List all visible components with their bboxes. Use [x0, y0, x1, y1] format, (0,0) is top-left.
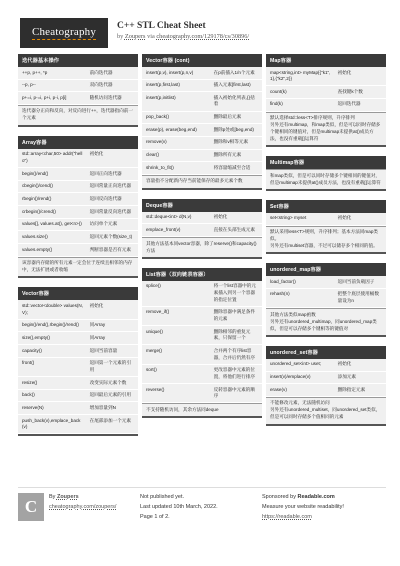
table-row: insert(p,v), insert(p,n,v)在p前插入1/n个元素	[142, 67, 262, 80]
byline-prefix: by	[117, 33, 123, 40]
page-header: Cheatography C++ STL Cheat Sheet by Zoup…	[0, 0, 400, 54]
table-row: std::deque<int> d(N,v)初始化	[142, 212, 262, 225]
desc-cell: 把整个底层使用桶数量设为n	[336, 289, 386, 307]
cheatography-c-logo: C	[18, 493, 44, 521]
code-cell: insert(p,initlist)	[142, 92, 212, 110]
code-cell: unique()	[142, 326, 212, 344]
section-title: Vector容器	[18, 287, 138, 300]
note-line: 其他方法基本同vector容器，除了reserve()和capacity()方法	[146, 241, 258, 255]
desc-cell: 前向迭代器	[88, 67, 138, 79]
table-row: insert(p,first,last)插入元素[first,last)	[142, 80, 262, 93]
code-cell: resize()	[18, 377, 88, 389]
table-row: crbegin()/crend()返回常量反向迭代器	[18, 206, 138, 219]
table-row: --p, p--双向迭代器	[18, 80, 138, 93]
table-row: load_factor()返回当前负载因子	[266, 276, 386, 289]
section-note: 该容器内存储的所有元素一定会位于连续且相邻的内存中，无法扩展或者收缩	[18, 257, 138, 277]
table-row: insert(v)/emplace(v)添加元素	[266, 372, 386, 385]
desc-cell: 添加元素	[336, 372, 386, 384]
section-note: 其他方法基本同vector容器，除了reserve()和capacity()方法	[142, 237, 262, 257]
desc-cell: 增加容量到N	[88, 402, 138, 414]
note-line: 和map类似，但是可以同时存储多个键相同的键值对，但是multimap未提供at…	[270, 173, 382, 187]
table-row: set<string> myset初始化	[266, 213, 386, 226]
table-row: reverse()反转容器中元素的顺序	[142, 384, 262, 403]
note-line: 另外还有unordered_multimap，同unordered_map类似，…	[270, 319, 382, 333]
footer-sponsor-block: Sponsored by Readable.com Measure your w…	[262, 493, 384, 523]
section-title: 迭代器基本操作	[18, 54, 138, 67]
desc-cell: 直接在头部生成元素	[212, 224, 262, 236]
desc-cell: 返回第一个元素的引用	[88, 358, 138, 376]
desc-cell: 插入初始化列表,{}括着	[212, 92, 262, 110]
code-cell: shrink_to_fit()	[142, 162, 212, 174]
desc-cell: 返回反向迭代器	[88, 193, 138, 205]
code-cell: map<string,int> myMap{{"k1",1},{"k2",2}}	[266, 67, 336, 85]
desc-cell: 随机访问迭代器	[88, 92, 138, 104]
desc-cell: 将容量缩减至合适	[212, 162, 262, 174]
table-row: capacity()返回当前容量	[18, 345, 138, 358]
desc-cell: 返回迭代器	[336, 99, 386, 111]
table-row: remove_if()删除容器中满足条件的元素	[142, 307, 262, 326]
desc-cell: 返回常量反向迭代器	[88, 206, 138, 218]
section: unordered_map容器load_factor()返回当前负载因子reha…	[266, 263, 386, 337]
table-row: begin()/end(),rbegin()/rend()同Array	[18, 320, 138, 333]
section: Vector容器 (cont)insert(p,v), insert(p,n,v…	[142, 54, 262, 190]
code-cell: splice()	[142, 281, 212, 306]
code-cell: erase(p), erase(beg,end)	[142, 124, 212, 136]
section-note: 不能修改元素，无法随机访问另外还有unordered_multiset，同uno…	[266, 397, 386, 424]
code-cell: back()	[18, 390, 88, 402]
footer-author-link[interactable]: Zoupers	[57, 494, 79, 500]
section-note: 默认采用less<T>规则，升序排列；基本方法同map类似。另外还有multis…	[266, 226, 386, 253]
table-row: shrink_to_fit()将容量缩减至合适	[142, 162, 262, 175]
desc-cell: 删除和v相等元素	[212, 137, 262, 149]
desc-cell: 初始化	[88, 149, 138, 167]
table-row: std::vector<double> values(N, V);初始化	[18, 300, 138, 319]
section-note: 迭代器分正向和反向，对反向进行++，迭代器指向前一个元素	[18, 105, 138, 125]
desc-cell: 双向迭代器	[88, 80, 138, 92]
footer-author-url-link[interactable]: cheatography.com/zoupers/	[49, 504, 116, 510]
code-cell: size(),empty()	[18, 332, 88, 344]
table-row: sort()更改容器中元素的位置，将他们进行排序	[142, 365, 262, 384]
code-cell: values.empty()	[18, 244, 88, 256]
code-cell: begin()/end(),rbegin()/rend()	[18, 320, 88, 332]
desc-cell: 返回常量正向迭代器	[88, 181, 138, 193]
section: unordered_set容器unordered_set<int> uset;初…	[266, 346, 386, 426]
note-line: 另外还有multimap，和map类似，但是可以同时存储多个键相同的键值对，但是…	[270, 122, 382, 143]
code-cell: find(k)	[266, 99, 336, 111]
code-cell: front()	[18, 358, 88, 376]
desc-cell: 删除指定元素	[336, 384, 386, 396]
logo-text: Cheatography	[32, 26, 96, 40]
column: Vector容器 (cont)insert(p,v), insert(p,n,v…	[142, 54, 262, 427]
table-row: erase(v)删除指定元素	[266, 384, 386, 397]
cheatography-logo[interactable]: Cheatography	[20, 18, 108, 48]
note-line: 默认选择std::less<T>排序规则，升序排列	[270, 115, 382, 122]
desc-cell: 返回最后元素的引用	[88, 390, 138, 402]
page-footer: C By Zoupers cheatography.com/zoupers/ N…	[18, 487, 386, 523]
desc-cell: 返回元素个数(size_t)	[88, 231, 138, 243]
byline-author-link[interactable]: Zoupers	[125, 33, 146, 40]
desc-cell: 返回当前负载因子	[336, 276, 386, 288]
note-line: 不支持随机访问，其余方法同deque	[146, 407, 258, 414]
desc-cell: 合并两个有序list容器，合并后仍然有序	[212, 345, 262, 363]
code-cell: erase(v)	[266, 384, 336, 396]
desc-cell: 同Array	[88, 332, 138, 344]
section-title: Array容器	[18, 136, 138, 149]
code-cell: count(k)	[266, 86, 336, 98]
column: 迭代器基本操作++p, p++, *p前向迭代器--p, p--双向迭代器p+=…	[18, 54, 138, 445]
section-note: 其他方法类似map函数另外还有unordered_multimap，同unord…	[266, 308, 386, 335]
table-row: values.size()返回元素个数(size_t)	[18, 231, 138, 244]
desc-cell: 初始化	[336, 213, 386, 225]
desc-cell: 同Array	[88, 320, 138, 332]
code-cell: set<string> myset	[266, 213, 336, 225]
table-row: pop_back()删除最后元素	[142, 112, 262, 125]
section: List容器（双向链表容器）splice()将一个list容器中的元素插入到另一…	[142, 268, 262, 418]
table-row: unordered_set<int> uset;初始化	[266, 359, 386, 372]
table-row: size(),empty()同Array	[18, 332, 138, 345]
byline-via: via	[147, 33, 155, 40]
table-row: remove(v)删除和v相等元素	[142, 137, 262, 150]
footer-sponsor-url-link[interactable]: https://readable.com	[262, 514, 312, 520]
desc-cell: 查找键k个数	[336, 86, 386, 98]
note-line: 默认采用less<T>规则，升序排列；基本方法同map类似。	[270, 229, 382, 243]
section: Map容器map<string,int> myMap{{"k1",1},{"k2…	[266, 54, 386, 147]
table-row: unique()删除相邻的重复元素，只保留一个	[142, 326, 262, 345]
table-row: begin()/end()返回正向迭代器	[18, 168, 138, 181]
desc-cell: 访问单个元素	[88, 219, 138, 231]
code-cell: std::array<char,50> addr("hello")	[18, 149, 88, 167]
code-cell: sort()	[142, 365, 212, 383]
section: Multimap容器和map类似，但是可以同时存储多个键相同的键值对，但是mul…	[266, 156, 386, 191]
desc-cell: 在p前插入1/n个元素	[212, 67, 262, 79]
code-cell: rbegin()/rend()	[18, 193, 88, 205]
desc-cell: 初始化	[336, 67, 386, 85]
table-row: cbegin()/cend()返回常量正向迭代器	[18, 181, 138, 194]
code-cell: ++p, p++, *p	[18, 67, 88, 79]
desc-cell: 删除p处或[beg,end)	[212, 124, 262, 136]
section: Set容器set<string> myset初始化默认采用less<T>规则，升…	[266, 200, 386, 254]
code-cell: unordered_set<int> uset;	[266, 359, 336, 371]
section-title: unordered_set容器	[266, 346, 386, 359]
code-cell: p+=i, p-=i, p+i, p-i, p[i]	[18, 92, 88, 104]
table-row: map<string,int> myMap{{"k1",1},{"k2",2}}…	[266, 67, 386, 86]
table-row: values.empty()判断容器是否有元素	[18, 244, 138, 257]
columns: 迭代器基本操作++p, p++, *p前向迭代器--p, p--双向迭代器p+=…	[0, 54, 400, 445]
code-cell: pop_back()	[142, 112, 212, 124]
code-cell: emplace_front(v)	[142, 224, 212, 236]
footer-sponsored-label: Sponsored by	[262, 494, 296, 500]
desc-cell: 返回正向迭代器	[88, 168, 138, 180]
page-title: C++ STL Cheat Sheet	[117, 21, 249, 31]
code-cell: merge()	[142, 345, 212, 363]
section-title: Multimap容器	[266, 156, 386, 169]
section-note: 和map类似，但是可以同时存储多个键相同的键值对，但是multimap未提供at…	[266, 169, 386, 189]
note-line: 容量指不分配新内存当前能保存的最多元素个数	[146, 178, 258, 185]
table-row: resize()改变实际元素个数	[18, 377, 138, 390]
code-cell: load_factor()	[266, 276, 336, 288]
code-cell: reserve(N)	[18, 402, 88, 414]
table-row: back()返回最后元素的引用	[18, 390, 138, 403]
table-row: rehash(n)把整个底层使用桶数量设为n	[266, 289, 386, 308]
section-title: Deque容器	[142, 199, 262, 212]
note-line: 另外还有multiset容器，不过可以储存多个相同的值。	[270, 243, 382, 250]
footer-page-number: Page 1 of 2.	[140, 513, 262, 523]
desc-cell: 将一个list容器中的元素插入到另一个容器的指定位置	[212, 281, 262, 306]
title-block: C++ STL Cheat Sheet by Zoupers via cheat…	[117, 18, 249, 40]
table-row: erase(p), erase(beg,end)删除p处或[beg,end)	[142, 124, 262, 137]
desc-cell: 插入元素[first,last)	[212, 80, 262, 92]
code-cell: remove(v)	[142, 137, 212, 149]
table-row: std::array<char,50> addr("hello")初始化	[18, 149, 138, 168]
desc-cell: 删除容器中满足条件的元素	[212, 307, 262, 325]
section: Deque容器std::deque<int> d(N,v)初始化emplace_…	[142, 199, 262, 259]
code-cell: crbegin()/crend()	[18, 206, 88, 218]
note-line: 迭代器分正向和反向，对反向进行++，迭代器指向前一个元素	[22, 108, 134, 122]
section-note: 不支持随机访问，其余方法同deque	[142, 403, 262, 416]
footer-status-block: Not published yet. Last updated 10th Mar…	[140, 493, 262, 523]
desc-cell: 改变实际元素个数	[88, 377, 138, 389]
table-row: emplace_front(v)直接在头部生成元素	[142, 224, 262, 237]
table-row: insert(p,initlist)插入初始化列表,{}括着	[142, 92, 262, 111]
code-cell: remove_if()	[142, 307, 212, 325]
table-row: splice()将一个list容器中的元素插入到另一个容器的指定位置	[142, 281, 262, 307]
footer-author-block: C By Zoupers cheatography.com/zoupers/	[18, 493, 140, 523]
section: Array容器std::array<char,50> addr("hello")…	[18, 136, 138, 279]
section-title: List容器（双向链表容器）	[142, 268, 262, 281]
code-cell: insert(p,v), insert(p,n,v)	[142, 67, 212, 79]
code-cell: std::vector<double> values(N, V);	[18, 300, 88, 318]
table-row: values[], values.at(), get<n>()访问单个元素	[18, 219, 138, 232]
footer-sponsor: Readable.com	[297, 494, 334, 500]
note-line: 该容器内存储的所有元素一定会位于连续且相邻的内存中，无法扩展或者收缩	[22, 260, 134, 274]
byline: by Zoupers via cheatography.com/129178/c…	[117, 33, 249, 40]
code-cell: begin()/end()	[18, 168, 88, 180]
code-cell: reverse()	[142, 384, 212, 402]
table-row: ++p, p++, *p前向迭代器	[18, 67, 138, 80]
footer-sponsor-tagline: Measure your website readability!	[262, 503, 384, 513]
desc-cell: 反转容器中元素的顺序	[212, 384, 262, 402]
code-cell: rehash(n)	[266, 289, 336, 307]
table-row: push_back(v),emplace_back(v)在尾部添加一个元素	[18, 415, 138, 434]
byline-source-link[interactable]: cheatography.com/129178/cs/30896/	[156, 33, 249, 40]
code-cell: insert(p,first,last)	[142, 80, 212, 92]
code-cell: --p, p--	[18, 80, 88, 92]
table-row: front()返回第一个元素的引用	[18, 358, 138, 377]
desc-cell: 初始化	[336, 359, 386, 371]
table-row: merge()合并两个有序list容器，合并后仍然有序	[142, 345, 262, 364]
section-title: Vector容器 (cont)	[142, 54, 262, 67]
section-note: 容量指不分配新内存当前能保存的最多元素个数	[142, 175, 262, 188]
code-cell: cbegin()/cend()	[18, 181, 88, 193]
code-cell: insert(v)/emplace(v)	[266, 372, 336, 384]
note-line: 另外还有unordered_multiset，同unordered_set类似，…	[270, 407, 382, 421]
footer-status: Not published yet.	[140, 493, 262, 503]
table-row: reserve(N)增加容量到N	[18, 402, 138, 415]
section-title: Set容器	[266, 200, 386, 213]
desc-cell: 返回当前容量	[88, 345, 138, 357]
code-cell: clear()	[142, 150, 212, 162]
code-cell: values[], values.at(), get<n>()	[18, 219, 88, 231]
desc-cell: 删除相邻的重复元素，只保留一个	[212, 326, 262, 344]
code-cell: values.size()	[18, 231, 88, 243]
code-cell: std::deque<int> d(N,v)	[142, 212, 212, 224]
section: 迭代器基本操作++p, p++, *p前向迭代器--p, p--双向迭代器p+=…	[18, 54, 138, 127]
section-title: Map容器	[266, 54, 386, 67]
desc-cell: 判断容器是否有元素	[88, 244, 138, 256]
table-row: clear()删除所有元素	[142, 150, 262, 163]
desc-cell: 删除所有元素	[212, 150, 262, 162]
section: Vector容器std::vector<double> values(N, V)…	[18, 287, 138, 436]
column: Map容器map<string,int> myMap{{"k1",1},{"k2…	[266, 54, 386, 435]
table-row: find(k)返回迭代器	[266, 99, 386, 112]
desc-cell: 在尾部添加一个元素	[88, 415, 138, 433]
footer-updated: Last updated 10th March, 2022.	[140, 503, 262, 513]
code-cell: push_back(v),emplace_back(v)	[18, 415, 88, 433]
desc-cell: 初始化	[212, 212, 262, 224]
code-cell: capacity()	[18, 345, 88, 357]
section-title: unordered_map容器	[266, 263, 386, 276]
table-row: count(k)查找键k个数	[266, 86, 386, 99]
table-row: p+=i, p-=i, p+i, p-i, p[i]随机访问迭代器	[18, 92, 138, 105]
desc-cell: 更改容器中元素的位置，将他们进行排序	[212, 365, 262, 383]
desc-cell: 删除最后元素	[212, 112, 262, 124]
note-line: 其他方法类似map函数	[270, 312, 382, 319]
footer-by-label: By	[49, 494, 55, 500]
table-row: rbegin()/rend()返回反向迭代器	[18, 193, 138, 206]
footer-author-text: By Zoupers cheatography.com/zoupers/	[49, 493, 116, 523]
desc-cell: 初始化	[88, 300, 138, 318]
section-note: 默认选择std::less<T>排序规则，升序排列另外还有multimap，和m…	[266, 112, 386, 146]
